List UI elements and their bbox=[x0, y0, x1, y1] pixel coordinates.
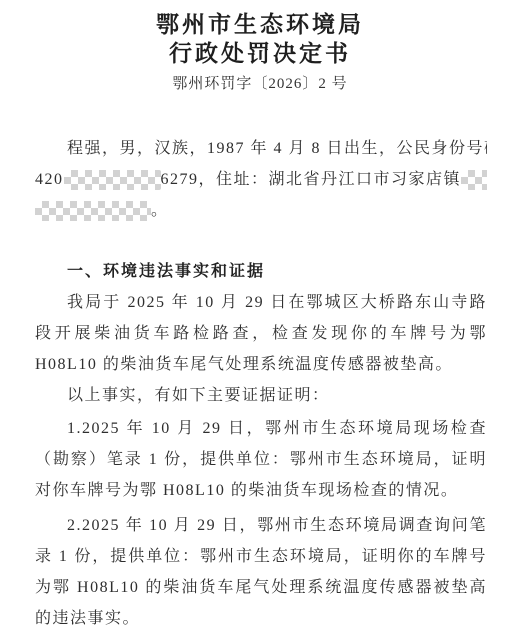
paragraph-evidence-item-1: 1.2025 年 10 月 29 日，鄂州市生态环境局现场检查（勘察）笔录 1 … bbox=[35, 413, 487, 506]
paragraph-evidence-intro: 以上事实，有如下主要证据证明： bbox=[35, 380, 487, 411]
id-number-prefix: 420 bbox=[35, 171, 64, 188]
party-line-1: 程强，男，汉族，1987 年 4 月 8 日出生，公民身份号码： bbox=[35, 133, 487, 164]
penalty-decision-document: 鄂州市生态环境局 行政处罚决定书 鄂州环罚字〔2026〕2 号 程强，男，汉族，… bbox=[0, 0, 520, 644]
paragraph-evidence-item-2: 2.2025 年 10 月 29 日，鄂州市生态环境局调查询问笔录 1 份，提供… bbox=[35, 510, 487, 634]
document-body: 程强，男，汉族，1987 年 4 月 8 日出生，公民身份号码： 4206279… bbox=[35, 133, 487, 634]
party-line-3: 。 bbox=[35, 195, 487, 226]
redaction-block-address-2 bbox=[35, 201, 151, 221]
document-header: 鄂州市生态环境局 行政处罚决定书 鄂州环罚字〔2026〕2 号 bbox=[0, 0, 520, 96]
paragraph-violation-facts: 我局于 2025 年 10 月 29 日在鄂城区大桥路东山寺路段开展柴油货车路检… bbox=[35, 287, 487, 380]
redaction-block-id-number bbox=[64, 170, 161, 190]
redaction-block-address-1 bbox=[461, 170, 487, 190]
party-line-2: 4206279，住址：湖北省丹江口市习家店镇 bbox=[35, 164, 487, 195]
document-title-line1: 鄂州市生态环境局 bbox=[0, 10, 520, 39]
address-end-punctuation: 。 bbox=[151, 202, 169, 219]
id-number-suffix-and-address: 6279，住址：湖北省丹江口市习家店镇 bbox=[161, 171, 462, 188]
document-number: 鄂州环罚字〔2026〕2 号 bbox=[0, 72, 520, 96]
section-heading-facts-and-evidence: 一、环境违法事实和证据 bbox=[35, 256, 487, 287]
document-title-line2: 行政处罚决定书 bbox=[0, 39, 520, 68]
party-info-paragraph: 程强，男，汉族，1987 年 4 月 8 日出生，公民身份号码： 4206279… bbox=[35, 133, 487, 226]
